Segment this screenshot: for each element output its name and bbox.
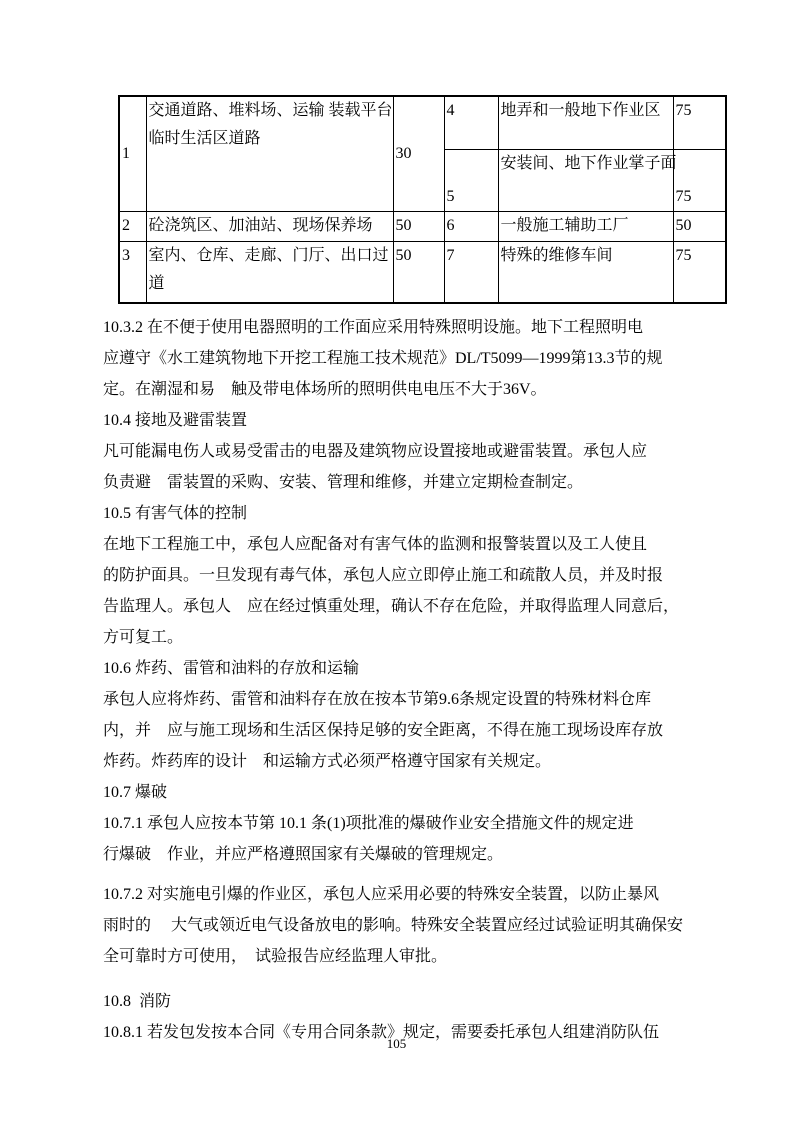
cell-text-line: 75: [676, 242, 724, 270]
text-line: 方可复工。: [103, 622, 708, 653]
cell-text-line: 4: [447, 97, 496, 125]
cell-text-line: 地弄和一般地下作业区: [501, 97, 671, 125]
paragraph: 10.7.2 对实施电引爆的作业区，承包人应采用必要的特殊安全装置，以防止暴风雨…: [103, 879, 708, 972]
table-cell: 一般施工辅助工厂: [498, 211, 673, 241]
section-heading: 10.4 接地及避雷装置: [103, 405, 708, 436]
cell-text-line: 5: [447, 183, 496, 211]
cell-text-line: 7: [447, 242, 496, 270]
table-row: 3室内、仓库、走廊、门厅、出口过道507特殊的维修车间75: [119, 241, 726, 303]
table-cell: 交通道路、堆料场、运输 装载平台临时生活区道路: [146, 96, 393, 211]
table-section: 1交通道路、堆料场、运输 装载平台临时生活区道路304地弄和一般地下作业区755…: [118, 95, 727, 304]
table-cell: 1: [119, 96, 146, 211]
cell-text-line: 道: [149, 270, 391, 298]
table-cell: 75: [673, 149, 726, 211]
paragraph: 凡可能漏电伤人或易受雷击的电器及建筑物应设置接地或避雷装置。承包人应负责避 雷装…: [103, 436, 708, 498]
section-heading: 10.8 消防: [103, 986, 708, 1017]
cell-text-line: 特殊的维修车间: [501, 242, 671, 270]
table-cell: 7: [444, 241, 498, 303]
table-cell: 30: [393, 96, 444, 211]
table-cell: 50: [673, 211, 726, 241]
text-line: 行爆破 作业，并应严格遵照国家有关爆破的管理规定。: [103, 839, 708, 870]
cell-text-line: 室内、仓库、走廊、门厅、出口过: [149, 242, 391, 270]
cell-text-line: 75: [676, 183, 724, 211]
table-cell: 特殊的维修车间: [498, 241, 673, 303]
table-cell: 安装间、地下作业掌子面: [498, 149, 673, 211]
text-line: 10.6 炸药、雷管和油料的存放和运输: [103, 653, 708, 684]
table-cell: 50: [393, 241, 444, 303]
text-line: 的防护面具。一旦发现有毒气体，承包人应立即停止施工和疏散人员，并及时报: [103, 560, 708, 591]
section-heading: 10.5 有害气体的控制: [103, 498, 708, 529]
text-line: 应遵守《水工建筑物地下开挖工程施工技术规范》DL/T5099—1999第13.3…: [103, 343, 708, 374]
text-line: 内，并 应与施工现场和生活区保持足够的安全距离，不得在施工现场设库存放: [103, 715, 708, 746]
cell-text-line: 交通道路、堆料场、运输 装载平台: [149, 97, 391, 125]
table-cell: 2: [119, 211, 146, 241]
text-line: 告监理人。承包人 应在经过慎重处理，确认不存在危险，并取得监理人同意后，: [103, 591, 708, 622]
table-cell: 75: [673, 96, 726, 149]
paragraph: 10.3.2 在不便于使用电器照明的工作面应采用特殊照明设施。地下工程照明电应遵…: [103, 312, 708, 405]
text-line: 承包人应将炸药、雷管和油料存在放在按本节第9.6条规定设置的特殊材料仓库: [103, 684, 708, 715]
cell-text-line: 1: [122, 140, 144, 168]
table-row: 1交通道路、堆料场、运输 装载平台临时生活区道路304地弄和一般地下作业区75: [119, 96, 726, 149]
text-line: 10.7.1 承包人应按本节第 10.1 条(1)项批准的爆破作业安全措施文件的…: [103, 808, 708, 839]
cell-text-line: 50: [396, 212, 442, 240]
text-line: 10.4 接地及避雷装置: [103, 405, 708, 436]
table-cell: 75: [673, 241, 726, 303]
table-body: 1交通道路、堆料场、运输 装载平台临时生活区道路304地弄和一般地下作业区755…: [119, 96, 726, 303]
page-number: 105: [0, 1036, 793, 1052]
cell-text-line: 砼浇筑区、加油站、现场保养场: [149, 212, 391, 240]
cell-text-line: 3: [122, 242, 144, 270]
cell-text-line: 临时生活区道路: [149, 125, 391, 153]
text-line: 雨时的 大气或领近电气设备放电的影响。特殊安全装置应经过试验证明其确保安: [103, 910, 708, 941]
text-line: 负责避 雷装置的采购、安装、管理和维修，并建立定期检查制定。: [103, 467, 708, 498]
paragraph: 10.7.1 承包人应按本节第 10.1 条(1)项批准的爆破作业安全措施文件的…: [103, 808, 708, 870]
table-row: 2砼浇筑区、加油站、现场保养场506一般施工辅助工厂50: [119, 211, 726, 241]
section-heading: 10.7 爆破: [103, 777, 708, 808]
document-page: 1交通道路、堆料场、运输 装载平台临时生活区道路304地弄和一般地下作业区755…: [0, 0, 793, 1122]
cell-text-line: 50: [396, 242, 442, 270]
table-cell: 5: [444, 149, 498, 211]
cell-text-line: 30: [396, 140, 442, 168]
table-cell: 50: [393, 211, 444, 241]
table-cell: 6: [444, 211, 498, 241]
text-line: 定。在潮湿和易 触及带电体场所的照明供电电压不大于36V。: [103, 374, 708, 405]
cell-text-line: 2: [122, 212, 144, 240]
cell-text-line: 6: [447, 212, 496, 240]
text-line: 10.7 爆破: [103, 777, 708, 808]
section-heading: 10.6 炸药、雷管和油料的存放和运输: [103, 653, 708, 684]
table-cell: 4: [444, 96, 498, 149]
cell-text-line: 75: [676, 97, 724, 125]
text-line: 全可靠时方可使用， 试验报告应经监理人审批。: [103, 941, 708, 972]
lighting-standards-table: 1交通道路、堆料场、运输 装载平台临时生活区道路304地弄和一般地下作业区755…: [118, 95, 727, 304]
text-line: 炸药。炸药库的设计 和运输方式必须严格遵守国家有关规定。: [103, 746, 708, 777]
document-body: 10.3.2 在不便于使用电器照明的工作面应采用特殊照明设施。地下工程照明电应遵…: [103, 312, 708, 1048]
text-line: 10.5 有害气体的控制: [103, 498, 708, 529]
text-line: 10.8 消防: [103, 986, 708, 1017]
text-line: 10.3.2 在不便于使用电器照明的工作面应采用特殊照明设施。地下工程照明电: [103, 312, 708, 343]
cell-text-line: 一般施工辅助工厂: [501, 212, 671, 240]
table-cell: 地弄和一般地下作业区: [498, 96, 673, 149]
table-cell: 砼浇筑区、加油站、现场保养场: [146, 211, 393, 241]
table-cell: 室内、仓库、走廊、门厅、出口过道: [146, 241, 393, 303]
cell-text-line: 安装间、地下作业掌子面: [501, 150, 671, 178]
text-line: 凡可能漏电伤人或易受雷击的电器及建筑物应设置接地或避雷装置。承包人应: [103, 436, 708, 467]
cell-text-line: 50: [676, 212, 724, 240]
text-line: 10.7.2 对实施电引爆的作业区，承包人应采用必要的特殊安全装置，以防止暴风: [103, 879, 708, 910]
paragraph: 在地下工程施工中，承包人应配备对有害气体的监测和报警装置以及工人使且的防护面具。…: [103, 529, 708, 653]
text-line: 在地下工程施工中，承包人应配备对有害气体的监测和报警装置以及工人使且: [103, 529, 708, 560]
paragraph: 承包人应将炸药、雷管和油料存在放在按本节第9.6条规定设置的特殊材料仓库内，并 …: [103, 684, 708, 777]
table-cell: 3: [119, 241, 146, 303]
